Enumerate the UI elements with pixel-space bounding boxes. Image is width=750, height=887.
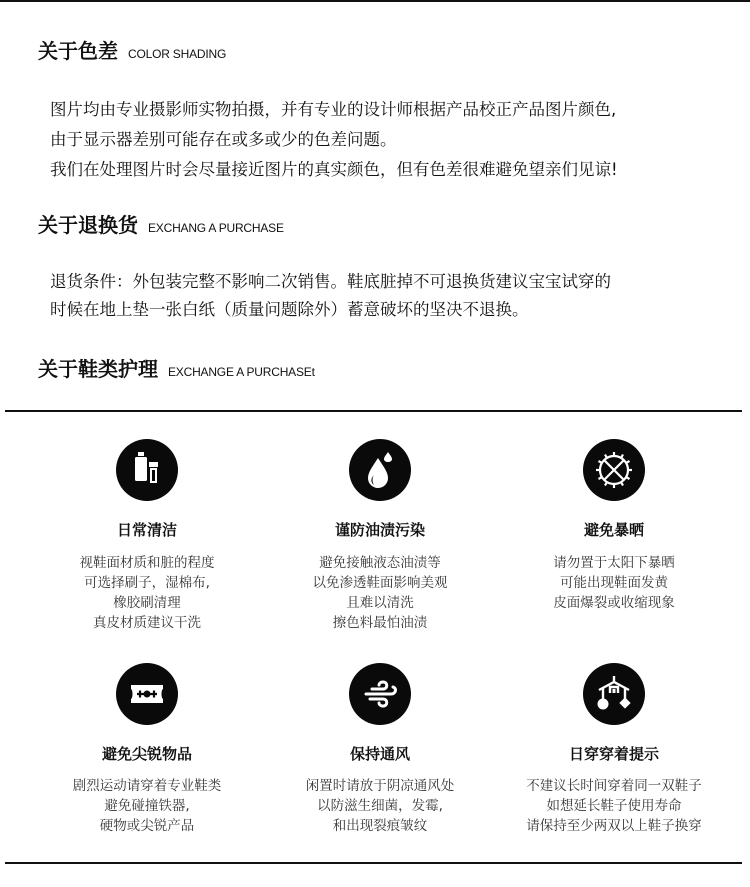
sun-crossed-icon (583, 439, 645, 501)
top-divider (0, 0, 750, 2)
desc-line: 视鞋面材质和脏的程度 (32, 553, 262, 573)
desc-line: 以免渗透鞋面影响美观 (265, 573, 495, 593)
desc-line: 且难以清洗 (265, 593, 495, 613)
paragraph-line: 我们在处理图片时会尽量接近图片的真实颜色，但有色差很难避免望亲们见谅! (50, 155, 618, 185)
desc-line: 剧烈运动请穿着专业鞋类 (32, 776, 262, 796)
paragraph-line: 时候在地上垫一张白纸（质量问题除外）蓄意破坏的坚决不退换。 (50, 296, 611, 324)
care-item-description: 剧烈运动请穿着专业鞋类 避免碰撞铁器, 硬物或尖锐产品 (32, 776, 262, 836)
desc-line: 以防滋生细菌，发霉, (265, 796, 495, 816)
desc-line: 不建议长时间穿着同一双鞋子 (499, 776, 729, 796)
care-item-title: 谨防油渍污染 (265, 519, 495, 540)
desc-line: 橡胶刷清理 (32, 593, 262, 613)
desc-line: 请勿置于太阳下暴晒 (499, 553, 729, 573)
desc-line: 避免碰撞铁器, (32, 796, 262, 816)
care-item-description: 不建议长时间穿着同一双鞋子 如想延长鞋子使用寿命 请保持至少两双以上鞋子换穿 (499, 776, 729, 836)
section-heading-exchange: 关于退换货EXCHANG A PURCHASE (38, 209, 284, 238)
desc-line: 和出现裂痕皱纹 (265, 816, 495, 836)
care-item-description: 视鞋面材质和脏的程度 可选择刷子，湿棉布, 橡胶刷清理 真皮材质建议干洗 (32, 553, 262, 633)
care-item-title: 避免暴晒 (499, 519, 729, 540)
heading-en: EXCHANGE A PURCHASEt (168, 365, 315, 379)
care-item-title: 避免尖锐物品 (32, 743, 262, 764)
care-item-title: 保持通风 (265, 743, 495, 764)
desc-line: 皮面爆裂或收缩现象 (499, 593, 729, 613)
hanger-icon (583, 663, 645, 725)
paragraph-line: 退货条件：外包装完整不影响二次销售。鞋底脏掉不可退换货建议宝宝试穿的 (50, 268, 611, 296)
paragraph-line: 图片均由专业摄影师实物拍摄，并有专业的设计师根据产品校正产品图片颜色, (50, 95, 618, 125)
care-item-description: 闲置时请放于阴凉通风处 以防滋生细菌，发霉, 和出现裂痕皱纹 (265, 776, 495, 836)
care-item-title: 日穿穿着提示 (499, 743, 729, 764)
care-item-description: 避免接触液态油渍等 以免渗透鞋面影响美观 且难以清洗 擦色料最怕油渍 (265, 553, 495, 633)
desc-line: 擦色料最怕油渍 (265, 613, 495, 633)
wind-icon (349, 663, 411, 725)
desc-line: 闲置时请放于阴凉通风处 (265, 776, 495, 796)
section-heading-shoe-care: 关于鞋类护理EXCHANGE A PURCHASEt (38, 353, 315, 382)
bottom-divider (5, 862, 742, 864)
heading-en: COLOR SHADING (128, 47, 226, 61)
heading-cn: 关于色差 (38, 39, 118, 63)
desc-line: 可能出现鞋面发黄 (499, 573, 729, 593)
blade-icon (116, 663, 178, 725)
care-item-description: 请勿置于太阳下暴晒 可能出现鞋面发黄 皮面爆裂或收缩现象 (499, 553, 729, 613)
exchange-paragraph: 退货条件：外包装完整不影响二次销售。鞋底脏掉不可退换货建议宝宝试穿的 时候在地上… (50, 268, 611, 324)
section-heading-color-shading: 关于色差COLOR SHADING (38, 35, 226, 64)
desc-line: 避免接触液态油渍等 (265, 553, 495, 573)
heading-cn: 关于鞋类护理 (38, 357, 158, 381)
desc-line: 如想延长鞋子使用寿命 (499, 796, 729, 816)
heading-cn: 关于退换货 (38, 213, 138, 237)
divider (5, 410, 742, 412)
desc-line: 真皮材质建议干洗 (32, 613, 262, 633)
heading-en: EXCHANG A PURCHASE (148, 221, 284, 235)
bottles-icon (116, 439, 178, 501)
paragraph-line: 由于显示器差别可能存在或多或少的色差问题。 (50, 125, 618, 155)
desc-line: 请保持至少两双以上鞋子换穿 (499, 816, 729, 836)
care-item-title: 日常清洁 (32, 519, 262, 540)
color-shading-paragraph: 图片均由专业摄影师实物拍摄，并有专业的设计师根据产品校正产品图片颜色, 由于显示… (50, 95, 618, 185)
desc-line: 可选择刷子，湿棉布, (32, 573, 262, 593)
water-drop-icon (349, 439, 411, 501)
desc-line: 硬物或尖锐产品 (32, 816, 262, 836)
